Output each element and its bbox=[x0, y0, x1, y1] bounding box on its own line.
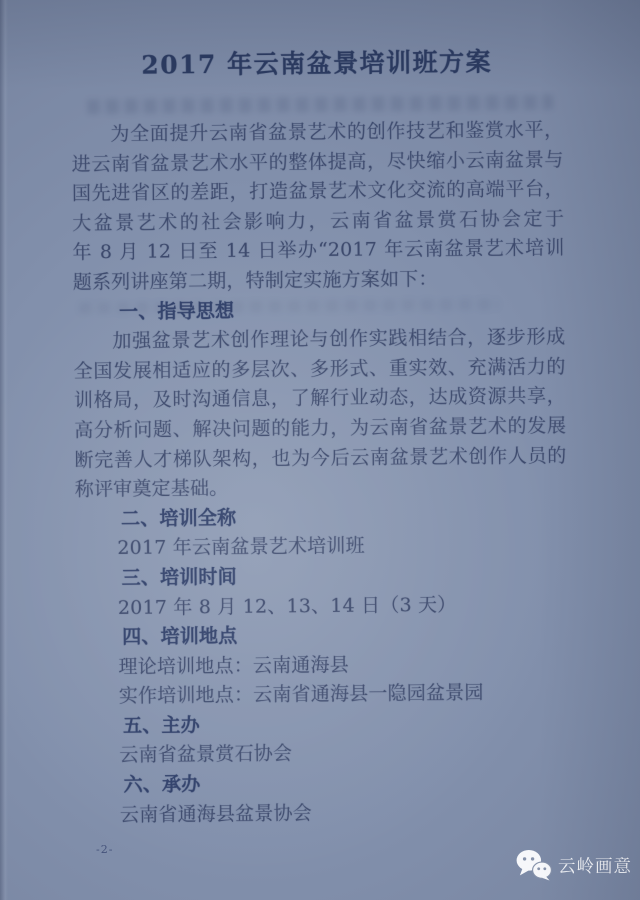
section-heading: 四、培训地点 bbox=[76, 619, 568, 653]
section-heading: 五、主办 bbox=[77, 707, 569, 741]
section-line: 断完善人才梯队架构，也为今后云南盆景艺术创作人员的职 bbox=[74, 441, 566, 475]
intro-line: 国先进省区的差距，打造盆景艺术文化交流的高端平台，扩 bbox=[72, 175, 564, 209]
section-line: 实作培训地点：云南省通海县一隐园盆景园 bbox=[77, 678, 569, 712]
section-line: 2017 年云南盆景艺术培训班 bbox=[75, 530, 567, 564]
section-line: 训格局，及时沟通信息，了解行业动态，达成资源共享，提 bbox=[74, 382, 566, 416]
section-heading: 二、培训全称 bbox=[75, 500, 567, 534]
showthrough-smudge bbox=[87, 95, 553, 114]
watermark-label: 云岭画意 bbox=[558, 853, 632, 878]
section-line: 加强盆景艺术创作理论与创作实践相结合，逐步形成与 bbox=[73, 323, 565, 357]
section-line: 高分析问题、解决问题的能力，为云南省盆景艺术的发展不 bbox=[74, 412, 566, 446]
section-line: 理论培训地点：云南通海县 bbox=[76, 648, 568, 682]
intro-line: 进云南省盆景艺术水平的整体提高，尽快缩小云南盆景与全 bbox=[72, 145, 564, 179]
intro-line: 大盆景艺术的社会影响力，云南省盆景赏石协会定于 2017 bbox=[72, 204, 564, 238]
section-line: 全国发展相适应的多层次、多形式、重实效、充满活力的培 bbox=[74, 352, 566, 386]
intro-line: 年 8 月 12 日至 14 日举办“2017 年云南盆景艺术培训班”专 bbox=[72, 234, 564, 268]
section-line: 云南省通海县盆景协会 bbox=[78, 796, 570, 830]
section-heading: 三、培训时间 bbox=[76, 560, 568, 594]
document-photo: 2017 年云南盆景培训班方案 为全面提升云南省盆景艺术的创作技艺和鉴赏水平，促… bbox=[0, 0, 640, 900]
section-line: 2017 年 8 月 12、13、14 日（3 天） bbox=[76, 589, 568, 623]
intro-line: 题系列讲座第二期，特制定实施方案如下： bbox=[73, 264, 565, 298]
section-line: 称评审奠定基础。 bbox=[75, 471, 567, 505]
document-title: 2017 年云南盆景培训班方案 bbox=[71, 44, 563, 85]
section-line: 云南省盆景赏石协会 bbox=[77, 737, 569, 771]
page-number: -2- bbox=[96, 843, 113, 856]
section-heading: 六、承办 bbox=[78, 767, 570, 801]
document-page: 2017 年云南盆景培训班方案 为全面提升云南省盆景艺术的创作技艺和鉴赏水平，促… bbox=[0, 0, 640, 900]
section-heading: 一、指导思想 bbox=[73, 293, 565, 327]
intro-line: 为全面提升云南省盆景艺术的创作技艺和鉴赏水平，促 bbox=[71, 116, 563, 150]
watermark: 云岭画意 bbox=[515, 849, 632, 881]
wechat-icon bbox=[515, 849, 553, 881]
